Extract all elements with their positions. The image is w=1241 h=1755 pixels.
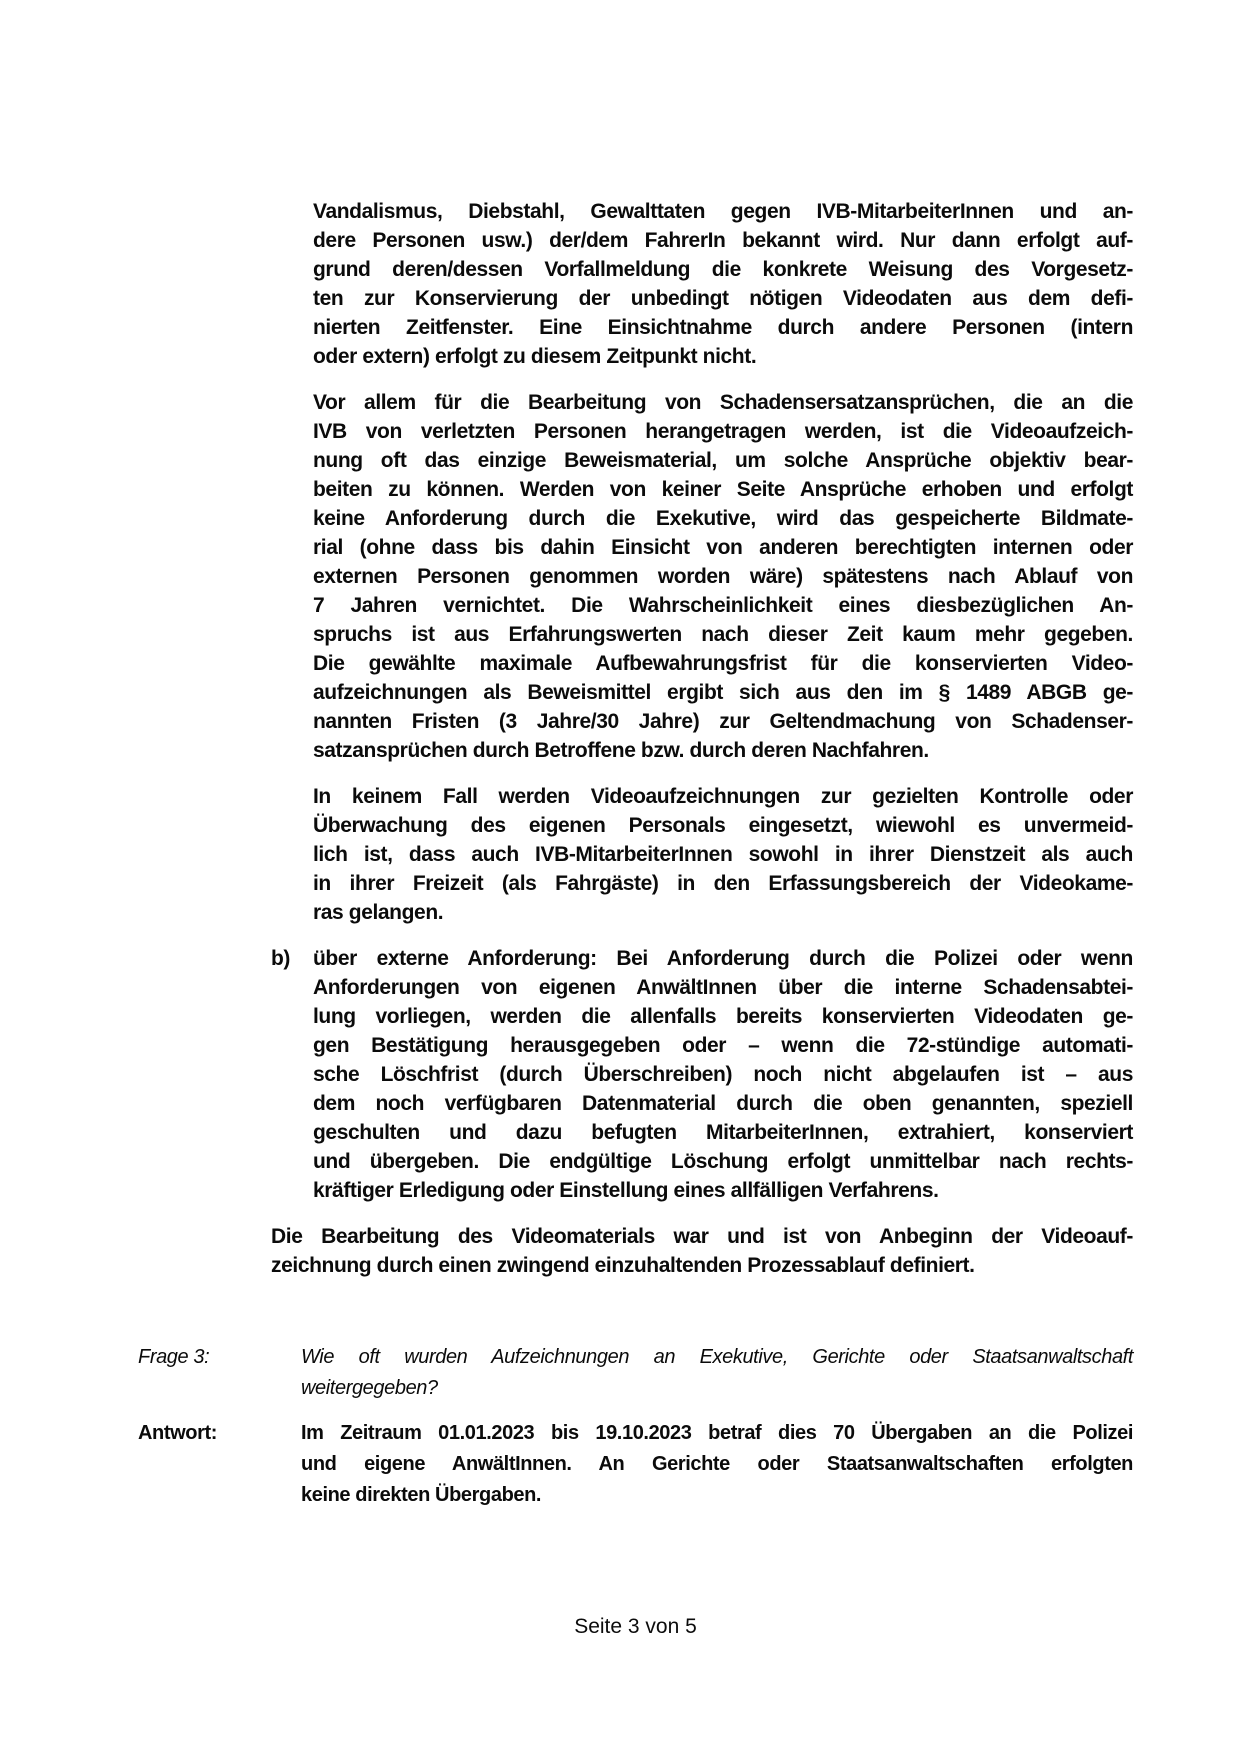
text-line: Anforderungen von eigenen AnwältInnen üb… (313, 973, 1133, 1002)
text-line: geschulten und dazu befugten Mitarbeiter… (313, 1118, 1133, 1147)
text-line: ten zur Konservierung der unbedingt nöti… (313, 284, 1133, 313)
text-line: nannten Fristen (3 Jahre/30 Jahre) zur G… (313, 707, 1133, 736)
question-label: Frage 3: (138, 1342, 301, 1404)
answer-text: Im Zeitraum 01.01.2023 bis 19.10.2023 be… (301, 1418, 1133, 1511)
page-footer: Seite 3 von 5 (138, 1614, 1133, 1640)
page-content: Vandalismus, Diebstahl, Gewalttaten gege… (0, 197, 1241, 1511)
text-line: über externe Anforderung: Bei Anforderun… (313, 944, 1133, 973)
text-line: keine Anforderung durch die Exekutive, w… (313, 504, 1133, 533)
text-line: und übergeben. Die endgültige Löschung e… (313, 1147, 1133, 1176)
text-line: lich ist, dass auch IVB-MitarbeiterInnen… (313, 840, 1133, 869)
closing-paragraph: Die Bearbeitung des Videomaterials war u… (271, 1222, 1133, 1280)
text-line: nung oft das einzige Beweismaterial, um … (313, 446, 1133, 475)
text-line: in ihrer Freizeit (als Fahrgäste) in den… (313, 869, 1133, 898)
text-line: Die Bearbeitung des Videomaterials war u… (271, 1222, 1133, 1251)
text-line: Überwachung des eigenen Personals einges… (313, 811, 1133, 840)
text-line: kräftiger Erledigung oder Einstellung ei… (313, 1176, 1133, 1205)
text-line: nierten Zeitfenster. Eine Einsichtnahme … (313, 313, 1133, 342)
text-line: und eigene AnwältInnen. An Gerichte oder… (301, 1449, 1133, 1480)
text-line: aufzeichnungen als Beweismittel ergibt s… (313, 678, 1133, 707)
text-line: sche Löschfrist (durch Überschreiben) no… (313, 1060, 1133, 1089)
text-line: weitergegeben? (301, 1373, 1133, 1404)
text-line: externen Personen genommen worden wäre) … (313, 562, 1133, 591)
document-page: Vandalismus, Diebstahl, Gewalttaten gege… (0, 0, 1241, 1755)
text-line: 7 Jahren vernichtet. Die Wahrscheinlichk… (313, 591, 1133, 620)
text-line: In keinem Fall werden Videoaufzeichnunge… (313, 782, 1133, 811)
list-item-b-text: über externe Anforderung: Bei Anforderun… (313, 944, 1133, 1205)
text-line: keine direkten Übergaben. (301, 1480, 1133, 1511)
text-line: Wie oft wurden Aufzeichnungen an Exekuti… (301, 1342, 1133, 1373)
text-line: beiten zu können. Werden von keiner Seit… (313, 475, 1133, 504)
text-line: Vandalismus, Diebstahl, Gewalttaten gege… (313, 197, 1133, 226)
text-line: IVB von verletzten Personen herangetrage… (313, 417, 1133, 446)
text-line: ras gelangen. (313, 898, 1133, 927)
body-paragraph-3: In keinem Fall werden Videoaufzeichnunge… (313, 782, 1133, 927)
text-line: gen Bestätigung herausgegeben oder – wen… (313, 1031, 1133, 1060)
text-line: lung vorliegen, werden die allenfalls be… (313, 1002, 1133, 1031)
body-paragraph-1: Vandalismus, Diebstahl, Gewalttaten gege… (313, 197, 1133, 371)
answer-label: Antwort: (138, 1418, 301, 1511)
list-marker-b: b) (271, 944, 313, 1205)
question-text: Wie oft wurden Aufzeichnungen an Exekuti… (301, 1342, 1133, 1404)
text-line: dere Personen usw.) der/dem FahrerIn bek… (313, 226, 1133, 255)
text-line: spruchs ist aus Erfahrungswerten nach di… (313, 620, 1133, 649)
text-line: zeichnung durch einen zwingend einzuhalt… (271, 1251, 1133, 1280)
text-line: rial (ohne dass bis dahin Einsicht von a… (313, 533, 1133, 562)
body-paragraph-2: Vor allem für die Bearbeitung von Schade… (313, 388, 1133, 765)
list-item-b: b) über externe Anforderung: Bei Anforde… (271, 944, 1133, 1205)
text-line: satzansprüchen durch Betroffene bzw. dur… (313, 736, 1133, 765)
text-line: grund deren/dessen Vorfallmeldung die ko… (313, 255, 1133, 284)
text-line: dem noch verfügbaren Datenmaterial durch… (313, 1089, 1133, 1118)
answer-row: Antwort: Im Zeitraum 01.01.2023 bis 19.1… (138, 1418, 1133, 1511)
text-line: Die gewählte maximale Aufbewahrungsfrist… (313, 649, 1133, 678)
question-row: Frage 3: Wie oft wurden Aufzeichnungen a… (138, 1342, 1133, 1404)
text-line: oder extern) erfolgt zu diesem Zeitpunkt… (313, 342, 1133, 371)
text-line: Im Zeitraum 01.01.2023 bis 19.10.2023 be… (301, 1418, 1133, 1449)
text-line: Vor allem für die Bearbeitung von Schade… (313, 388, 1133, 417)
